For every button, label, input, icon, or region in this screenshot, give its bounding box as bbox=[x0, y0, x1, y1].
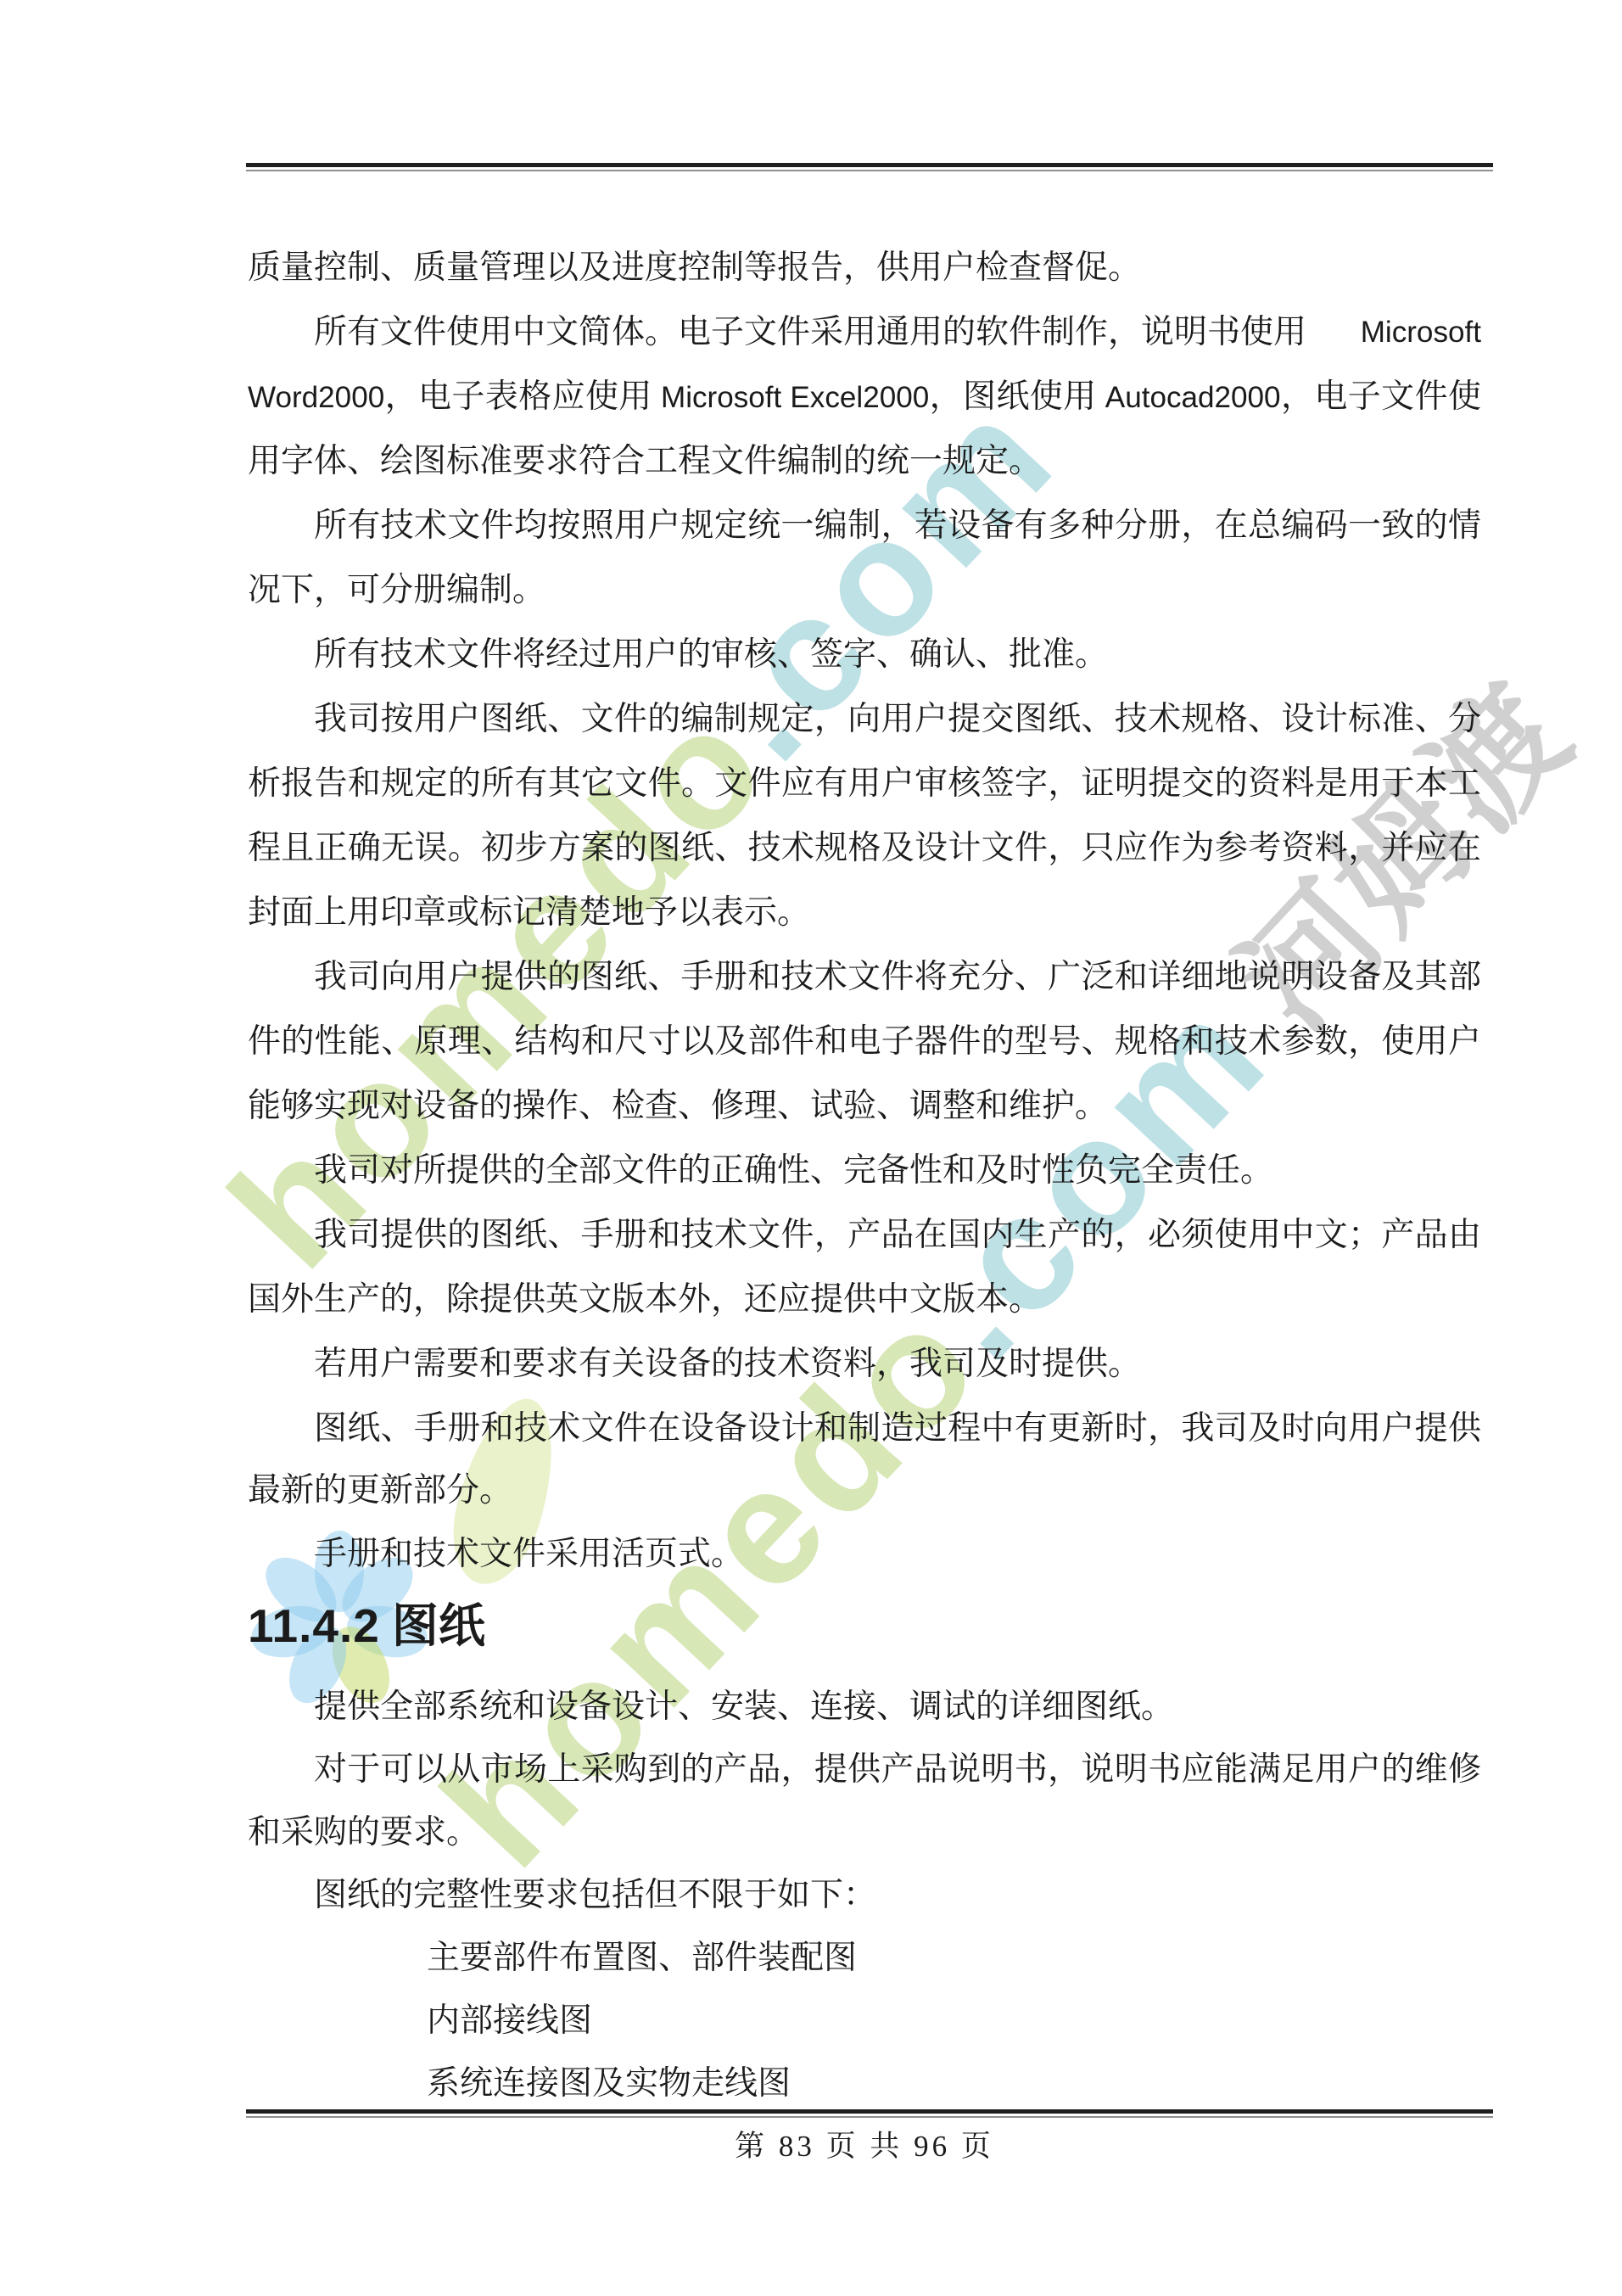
text-line: 质量控制、质量管理以及进度控制等报告，供用户检查督促。 bbox=[248, 247, 1481, 289]
footer-rule bbox=[246, 2109, 1493, 2118]
text-line: 提供全部系统和设备设计、安装、连接、调试的详细图纸。 bbox=[314, 1686, 1481, 1728]
text-line: 我司提供的图纸、手册和技术文件，产品在国内生产的，必须使用中文；产品由 bbox=[314, 1214, 1481, 1257]
cjk-text-segment: ，电子表格应使用 bbox=[384, 378, 661, 415]
latin-text-segment: Autocad2000 bbox=[1105, 381, 1281, 414]
text-line: 件的性能、原理、结构和尺寸以及部件和电子器件的型号、规格和技术参数，使用户 bbox=[248, 1021, 1481, 1063]
text-line: 图纸的完整性要求包括但不限于如下： bbox=[314, 1874, 1481, 1917]
cjk-text-segment: 系统连接图及实物走线图 bbox=[427, 2065, 791, 2102]
text-line: 我司向用户提供的图纸、手册和技术文件将充分、广泛和详细地说明设备及其部 bbox=[314, 956, 1481, 999]
text-line: 程且正确无误。初步方案的图纸、技术规格及设计文件，只应作为参考资料，并应在 bbox=[248, 827, 1481, 870]
cjk-text-segment: 质量控制、质量管理以及进度控制等报告，供用户检查督促。 bbox=[248, 249, 1141, 286]
text-line: 封面上用印章或标记清楚地予以表示。 bbox=[248, 892, 1481, 934]
cjk-text-segment: 况下，可分册编制。 bbox=[248, 572, 545, 608]
text-line: Word2000，电子表格应使用 Microsoft Excel2000，图纸使… bbox=[248, 376, 1481, 419]
cjk-text-segment: 件的性能、原理、结构和尺寸以及部件和电子器件的型号、规格和技术参数，使用户 bbox=[248, 1023, 1481, 1060]
text-line: 主要部件布置图、部件装配图 bbox=[427, 1937, 1481, 1980]
page-number: 第 83 页 共 96 页 bbox=[248, 2123, 1481, 2165]
cjk-text-segment: 和采购的要求。 bbox=[248, 1814, 479, 1851]
cjk-text-segment: 主要部件布置图、部件装配图 bbox=[427, 1940, 857, 1976]
section-heading: 11.4.2图纸 bbox=[248, 1600, 485, 1652]
text-line: 手册和技术文件采用活页式。 bbox=[314, 1533, 1481, 1576]
text-line: 所有文件使用中文简体。电子文件采用通用的软件制作，说明书使用Microsoft bbox=[314, 311, 1481, 354]
text-layer: 质量控制、质量管理以及进度控制等报告，供用户检查督促。所有文件使用中文简体。电子… bbox=[0, 0, 1622, 2296]
text-line: 我司对所提供的全部文件的正确性、完备性和及时性负完全责任。 bbox=[314, 1150, 1481, 1192]
text-line: 能够实现对设备的操作、检查、修理、试验、调整和维护。 bbox=[248, 1085, 1481, 1128]
text-line: 所有技术文件将经过用户的审核、签字、确认、批准。 bbox=[314, 634, 1481, 676]
text-line: 图纸、手册和技术文件在设备设计和制造过程中有更新时，我司及时向用户提供 bbox=[314, 1408, 1481, 1450]
text-line: 我司按用户图纸、文件的编制规定，向用户提交图纸、技术规格、设计标准、分 bbox=[314, 698, 1481, 741]
text-line: 若用户需要和要求有关设备的技术资料，我司及时提供。 bbox=[314, 1343, 1481, 1386]
text-line: 和采购的要求。 bbox=[248, 1812, 1481, 1854]
latin-text-segment: Microsoft bbox=[1361, 311, 1481, 354]
text-line: 析报告和规定的所有其它文件。文件应有用户审核签字，证明提交的资料是用于本工 bbox=[248, 763, 1481, 805]
text-line: 内部接线图 bbox=[427, 2000, 1481, 2042]
text-line: 国外生产的，除提供英文版本外，还应提供中文版本。 bbox=[248, 1279, 1481, 1321]
cjk-text-segment: 用字体、绘图标准要求符合工程文件编制的统一规定。 bbox=[248, 443, 1042, 479]
header-rule bbox=[246, 163, 1493, 171]
cjk-text-segment: 最新的更新部分。 bbox=[248, 1472, 512, 1509]
text-line: 最新的更新部分。 bbox=[248, 1470, 1481, 1512]
cjk-text-segment: 我司对所提供的全部文件的正确性、完备性和及时性负完全责任。 bbox=[314, 1152, 1273, 1189]
text-line: 所有技术文件均按照用户规定统一编制，若设备有多种分册，在总编码一致的情 bbox=[314, 505, 1481, 547]
document-page: homedo.com homedo.com河姆渡 质量控制、质量管理以及进度控制… bbox=[0, 0, 1622, 2296]
latin-text-segment: Microsoft Excel2000 bbox=[661, 381, 929, 414]
cjk-text-segment: ，图纸使用 bbox=[929, 378, 1105, 415]
text-line: 系统连接图及实物走线图 bbox=[427, 2063, 1481, 2105]
text-line: 况下，可分册编制。 bbox=[248, 569, 1481, 612]
section-title: 图纸 bbox=[392, 1600, 485, 1652]
cjk-text-segment: 所有文件使用中文简体。电子文件采用通用的软件制作，说明书使用 bbox=[314, 311, 1306, 354]
cjk-text-segment: 国外生产的，除提供英文版本外，还应提供中文版本。 bbox=[248, 1281, 1042, 1318]
cjk-text-segment: 内部接线图 bbox=[427, 2002, 592, 2039]
cjk-text-segment: 所有技术文件均按照用户规定统一编制，若设备有多种分册，在总编码一致的情 bbox=[314, 507, 1481, 544]
cjk-text-segment: ，电子文件使 bbox=[1281, 378, 1481, 415]
cjk-text-segment: 手册和技术文件采用活页式。 bbox=[314, 1536, 744, 1572]
cjk-text-segment: 我司向用户提供的图纸、手册和技术文件将充分、广泛和详细地说明设备及其部 bbox=[314, 959, 1481, 995]
cjk-text-segment: 能够实现对设备的操作、检查、修理、试验、调整和维护。 bbox=[248, 1088, 1108, 1124]
cjk-text-segment: 析报告和规定的所有其它文件。文件应有用户审核签字，证明提交的资料是用于本工 bbox=[248, 765, 1481, 802]
cjk-text-segment: 所有技术文件将经过用户的审核、签字、确认、批准。 bbox=[314, 636, 1108, 673]
cjk-text-segment: 提供全部系统和设备设计、安装、连接、调试的详细图纸。 bbox=[314, 1688, 1174, 1725]
cjk-text-segment: 若用户需要和要求有关设备的技术资料，我司及时提供。 bbox=[314, 1346, 1141, 1382]
cjk-text-segment: 图纸、手册和技术文件在设备设计和制造过程中有更新时，我司及时向用户提供 bbox=[314, 1410, 1481, 1447]
text-line: 对于可以从市场上采购到的产品，提供产品说明书，说明书应能满足用户的维修 bbox=[314, 1749, 1481, 1791]
cjk-text-segment: 图纸的完整性要求包括但不限于如下： bbox=[314, 1877, 876, 1913]
cjk-text-segment: 我司按用户图纸、文件的编制规定，向用户提交图纸、技术规格、设计标准、分 bbox=[314, 701, 1481, 737]
section-number: 11.4.2 bbox=[248, 1599, 380, 1652]
cjk-text-segment: 对于可以从市场上采购到的产品，提供产品说明书，说明书应能满足用户的维修 bbox=[314, 1751, 1481, 1788]
cjk-text-segment: 我司提供的图纸、手册和技术文件，产品在国内生产的，必须使用中文；产品由 bbox=[314, 1217, 1481, 1253]
cjk-text-segment: 封面上用印章或标记清楚地予以表示。 bbox=[248, 894, 810, 931]
cjk-text-segment: 程且正确无误。初步方案的图纸、技术规格及设计文件，只应作为参考资料，并应在 bbox=[248, 830, 1481, 866]
latin-text-segment: Word2000 bbox=[248, 381, 384, 414]
text-line: 用字体、绘图标准要求符合工程文件编制的统一规定。 bbox=[248, 440, 1481, 483]
